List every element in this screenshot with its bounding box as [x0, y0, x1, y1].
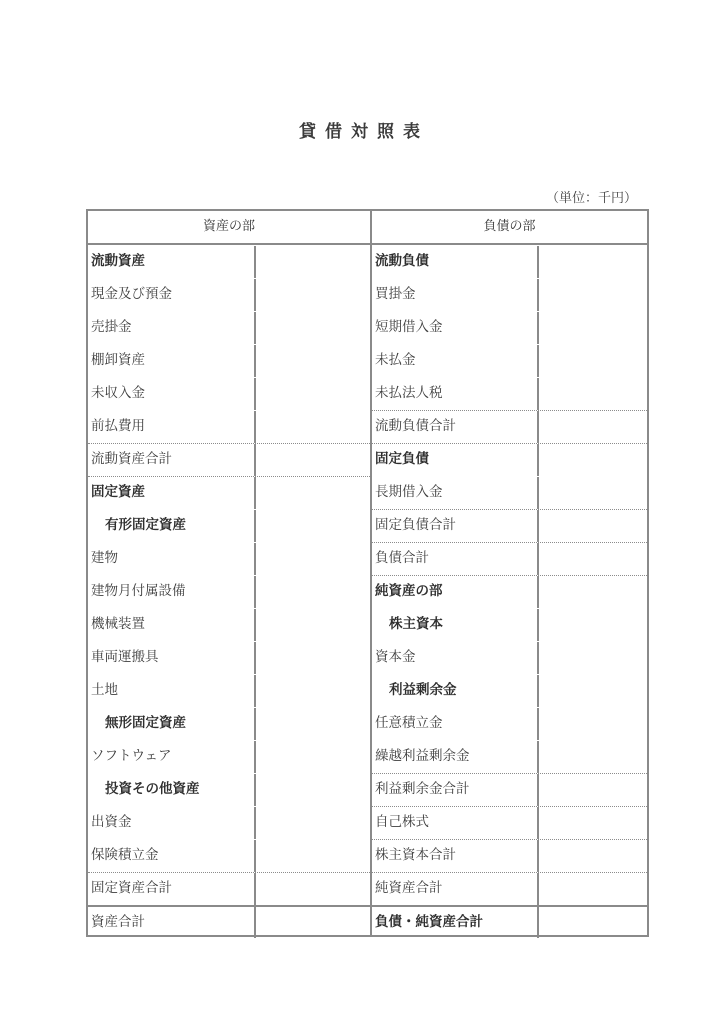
row-label: 固定負債合計	[372, 510, 539, 542]
row-value-cell[interactable]	[539, 444, 647, 476]
row-value-cell[interactable]	[539, 708, 647, 740]
row-label: 利益剰余金	[372, 675, 539, 707]
table-row: 売掛金	[88, 311, 370, 344]
row-value-cell[interactable]	[256, 279, 370, 311]
liabilities-equity-rows: 流動負債買掛金短期借入金未払金未払法人税流動負債合計固定負債長期借入金固定負債合…	[372, 245, 647, 938]
row-label: 資本金	[372, 642, 539, 674]
row-label: 売掛金	[88, 312, 256, 344]
row-value-cell[interactable]	[539, 873, 647, 905]
row-value-cell[interactable]	[256, 907, 370, 938]
row-label: 出資金	[88, 807, 256, 839]
row-label: 保険積立金	[88, 840, 256, 872]
row-label: 車両運搬具	[88, 642, 256, 674]
row-label: 株主資本合計	[372, 840, 539, 872]
table-row: 現金及び預金	[88, 278, 370, 311]
row-label: 有形固定資産	[88, 510, 256, 542]
row-value-cell[interactable]	[256, 873, 370, 905]
table-row: ソフトウェア	[88, 740, 370, 773]
row-value-cell[interactable]	[256, 510, 370, 542]
row-label: 建物月付属設備	[88, 576, 256, 608]
table-row: 未払法人税	[372, 377, 647, 410]
unit-label: （単位：千円）	[546, 187, 637, 206]
row-label: 負債・純資産合計	[372, 907, 539, 938]
table-row: 機械装置	[88, 608, 370, 641]
row-label: 任意積立金	[372, 708, 539, 740]
table-row: 短期借入金	[372, 311, 647, 344]
row-label: 固定負債	[372, 444, 539, 476]
table-row: 任意積立金	[372, 707, 647, 740]
table-row: 負債・純資産合計	[372, 905, 647, 938]
row-value-cell[interactable]	[539, 279, 647, 311]
row-label: 資産合計	[88, 907, 256, 938]
assets-rows: 流動資産現金及び預金売掛金棚卸資産未収入金前払費用流動資産合計固定資産有形固定資…	[88, 245, 370, 938]
table-row: 利益剰余金合計	[372, 773, 647, 806]
table-row: 固定資産合計	[88, 872, 370, 905]
row-value-cell[interactable]	[539, 675, 647, 707]
balance-sheet-table: 資産の部 流動資産現金及び預金売掛金棚卸資産未収入金前払費用流動資産合計固定資産…	[86, 209, 649, 937]
table-row: 未払金	[372, 344, 647, 377]
table-row: 棚卸資産	[88, 344, 370, 377]
table-row: 流動負債	[372, 245, 647, 278]
row-value-cell[interactable]	[256, 840, 370, 872]
row-value-cell[interactable]	[256, 609, 370, 641]
row-value-cell[interactable]	[539, 907, 647, 938]
row-label: 投資その他資産	[88, 774, 256, 806]
row-label: 無形固定資産	[88, 708, 256, 740]
row-label: 固定資産	[88, 477, 256, 509]
row-label: 負債合計	[372, 543, 539, 575]
table-row: 純資産の部	[372, 575, 647, 608]
row-label: 短期借入金	[372, 312, 539, 344]
row-label: 建物	[88, 543, 256, 575]
table-row: 流動資産	[88, 245, 370, 278]
row-value-cell[interactable]	[256, 312, 370, 344]
row-label: 繰越利益剰余金	[372, 741, 539, 773]
row-label: 流動資産合計	[88, 444, 256, 476]
row-value-cell[interactable]	[256, 675, 370, 707]
row-value-cell[interactable]	[539, 774, 647, 806]
row-value-cell[interactable]	[539, 312, 647, 344]
row-value-cell[interactable]	[539, 609, 647, 641]
table-row: 負債合計	[372, 542, 647, 575]
table-row: 繰越利益剰余金	[372, 740, 647, 773]
row-label: 株主資本	[372, 609, 539, 641]
row-value-cell[interactable]	[539, 345, 647, 377]
table-row: 株主資本	[372, 608, 647, 641]
row-label: 未払法人税	[372, 378, 539, 410]
row-value-cell[interactable]	[256, 642, 370, 674]
table-row: 資産合計	[88, 905, 370, 938]
table-row: 長期借入金	[372, 476, 647, 509]
table-row: 未収入金	[88, 377, 370, 410]
row-label: 利益剰余金合計	[372, 774, 539, 806]
table-row: 建物月付属設備	[88, 575, 370, 608]
row-value-cell[interactable]	[539, 543, 647, 575]
row-value-cell[interactable]	[539, 477, 647, 509]
row-label: 流動負債	[372, 246, 539, 278]
table-row: 資本金	[372, 641, 647, 674]
row-value-cell[interactable]	[539, 840, 647, 872]
table-row: 保険積立金	[88, 839, 370, 872]
liabilities-header: 負債の部	[372, 211, 647, 245]
row-value-cell[interactable]	[256, 774, 370, 806]
row-label: 流動負債合計	[372, 411, 539, 443]
assets-header: 資産の部	[88, 211, 370, 245]
row-label: 棚卸資産	[88, 345, 256, 377]
row-label: 流動資産	[88, 246, 256, 278]
table-row: 車両運搬具	[88, 641, 370, 674]
table-row: 有形固定資産	[88, 509, 370, 542]
table-row: 流動負債合計	[372, 410, 647, 443]
row-label: 機械装置	[88, 609, 256, 641]
row-value-cell[interactable]	[539, 642, 647, 674]
assets-section: 資産の部 流動資産現金及び預金売掛金棚卸資産未収入金前払費用流動資産合計固定資産…	[88, 211, 370, 935]
table-row: 固定負債合計	[372, 509, 647, 542]
row-value-cell[interactable]	[256, 543, 370, 575]
row-value-cell[interactable]	[539, 576, 647, 608]
row-label: 純資産合計	[372, 873, 539, 905]
table-row: 流動資産合計	[88, 443, 370, 476]
table-row: 無形固定資産	[88, 707, 370, 740]
row-value-cell[interactable]	[539, 807, 647, 839]
row-value-cell[interactable]	[256, 708, 370, 740]
table-row: 固定資産	[88, 476, 370, 509]
row-label: 自己株式	[372, 807, 539, 839]
row-label: 純資産の部	[372, 576, 539, 608]
row-label: 未払金	[372, 345, 539, 377]
row-value-cell[interactable]	[256, 378, 370, 410]
row-value-cell[interactable]	[539, 510, 647, 542]
row-label: ソフトウェア	[88, 741, 256, 773]
table-row: 買掛金	[372, 278, 647, 311]
row-label: 未収入金	[88, 378, 256, 410]
row-label: 現金及び預金	[88, 279, 256, 311]
table-row: 土地	[88, 674, 370, 707]
row-value-cell[interactable]	[256, 576, 370, 608]
row-value-cell[interactable]	[256, 345, 370, 377]
row-value-cell[interactable]	[256, 411, 370, 443]
row-value-cell[interactable]	[539, 246, 647, 278]
row-label: 前払費用	[88, 411, 256, 443]
row-value-cell[interactable]	[256, 741, 370, 773]
table-row: 出資金	[88, 806, 370, 839]
row-value-cell[interactable]	[256, 807, 370, 839]
table-row: 株主資本合計	[372, 839, 647, 872]
row-value-cell[interactable]	[256, 444, 370, 476]
table-row: 利益剰余金	[372, 674, 647, 707]
row-value-cell[interactable]	[539, 411, 647, 443]
row-label: 長期借入金	[372, 477, 539, 509]
row-value-cell[interactable]	[256, 477, 370, 509]
row-value-cell[interactable]	[539, 741, 647, 773]
liabilities-equity-section: 負債の部 流動負債買掛金短期借入金未払金未払法人税流動負債合計固定負債長期借入金…	[370, 211, 647, 935]
row-label: 買掛金	[372, 279, 539, 311]
document-title: 貸借対照表	[0, 117, 728, 142]
table-row: 自己株式	[372, 806, 647, 839]
table-row: 前払費用	[88, 410, 370, 443]
row-label: 土地	[88, 675, 256, 707]
row-value-cell[interactable]	[539, 378, 647, 410]
table-row: 純資産合計	[372, 872, 647, 905]
table-row: 固定負債	[372, 443, 647, 476]
table-row: 投資その他資産	[88, 773, 370, 806]
table-row: 建物	[88, 542, 370, 575]
row-label: 固定資産合計	[88, 873, 256, 905]
row-value-cell[interactable]	[256, 246, 370, 278]
